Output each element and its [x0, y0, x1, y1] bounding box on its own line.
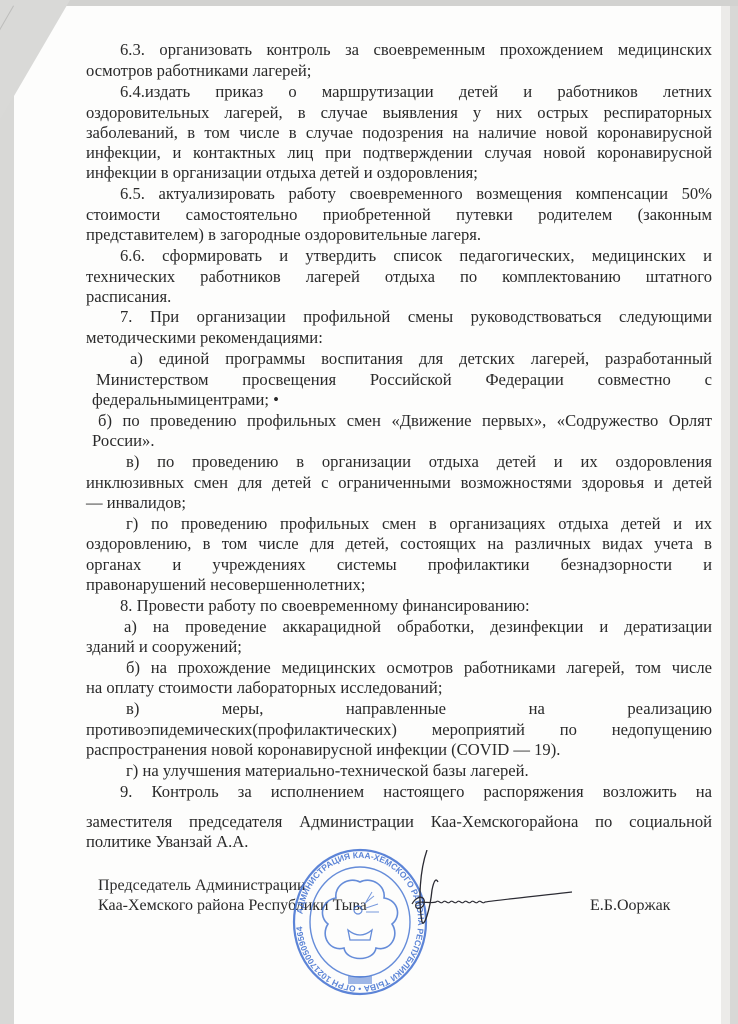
document-text-line: 6.4.издать приказ о маршрутизации детей … — [120, 82, 712, 102]
document-text-line: федеральнымицентрами; • — [92, 390, 712, 410]
document-text-line: 7. При организации профильной смены руко… — [120, 307, 712, 327]
page-right-edge — [721, 6, 730, 1024]
svg-text:АДМИНИСТРАЦИЯ КАА-ХЕМСКОГО РАЙ: АДМИНИСТРАЦИЯ КАА-ХЕМСКОГО РАЙОНА РЕСПУБ… — [294, 850, 426, 994]
document-text-line: б) по проведению профильных смен «Движен… — [98, 411, 712, 431]
document-text-line: технических работников лагерей отдыха по… — [86, 267, 712, 287]
document-text-line: — инвалидов; — [86, 493, 712, 513]
document-text-line: распространения новой коронавирусной инф… — [86, 740, 712, 760]
document-text-line: б) на прохождение медицинских осмотров р… — [126, 658, 712, 678]
document-text-line: заболеваний, в том числе в случае подозр… — [86, 123, 712, 143]
signatory-name: Е.Б.Ооржак — [590, 896, 670, 916]
document-text-line: а) на проведение аккарацидной обработки,… — [124, 617, 712, 637]
document-text-line: представителем) в загородные оздоровител… — [86, 225, 712, 245]
document-text-line: 6.6. сформировать и утвердить список пед… — [120, 246, 712, 266]
document-text-line: инклюзивных смен для детей с ограниченны… — [86, 473, 712, 493]
document-text-line: осмотров работниками лагерей; — [86, 61, 712, 81]
document-text-line: заместителя председателя Администрации К… — [86, 812, 712, 832]
folded-corner — [0, 0, 70, 120]
document-text-line: 6.5. актуализировать работу своевременно… — [120, 184, 712, 204]
document-text-line: 8. Провести работу по своевременному фин… — [120, 596, 712, 616]
document-text-line: г) на улучшения материально-технической … — [126, 761, 712, 781]
document-text-line: 6.3. организовать контроль за своевремен… — [120, 40, 712, 60]
signatory-position-line1: Председатель Администрации — [98, 876, 306, 896]
document-text-line: инфекции, и контактных лиц при подтвержд… — [86, 143, 712, 163]
document-text-line: правонарушений несовершеннолетних; — [86, 575, 712, 595]
document-text-line: инфекции в организации отдыха детей и оз… — [86, 163, 712, 183]
handwritten-signature-icon — [410, 850, 580, 930]
document-text-line: 9. Контроль за исполнением настоящего ра… — [120, 782, 712, 802]
document-text-line: в) меры, направленные на реализацию — [126, 699, 712, 719]
document-text-line: методическими рекомендациями: — [86, 328, 712, 348]
document-text-line: г) по проведению профильных смен в орган… — [126, 514, 712, 534]
document-text-line: расписания. — [86, 287, 712, 307]
scan-top-edge — [60, 0, 738, 6]
document-text-line: а) единой программы воспитания для детск… — [130, 349, 712, 369]
document-text-line: оздоровительных лагерей, в случае выявле… — [86, 103, 712, 123]
document-text-line: органах и учреждениях системы профилакти… — [86, 555, 712, 575]
document-text-line: противоэпидемических(профилактических) м… — [86, 720, 712, 740]
document-text-line: зданий и сооружений; — [86, 637, 712, 657]
document-text-line: стоимости самостоятельно приобретенной п… — [86, 205, 712, 225]
official-stamp-icon: АДМИНИСТРАЦИЯ КАА-ХЕМСКОГО РАЙОНА РЕСПУБ… — [290, 846, 430, 998]
document-text-line: Министерством просвещения Российской Фед… — [96, 370, 712, 390]
document-text-line: в) по проведению в организации отдыха де… — [126, 452, 712, 472]
document-text-line: на оплату стоимости лабораторных исследо… — [86, 678, 712, 698]
document-text-line: оздоровлению, в том числе для детей, сос… — [86, 534, 712, 554]
document-text-line: России». — [92, 431, 712, 451]
